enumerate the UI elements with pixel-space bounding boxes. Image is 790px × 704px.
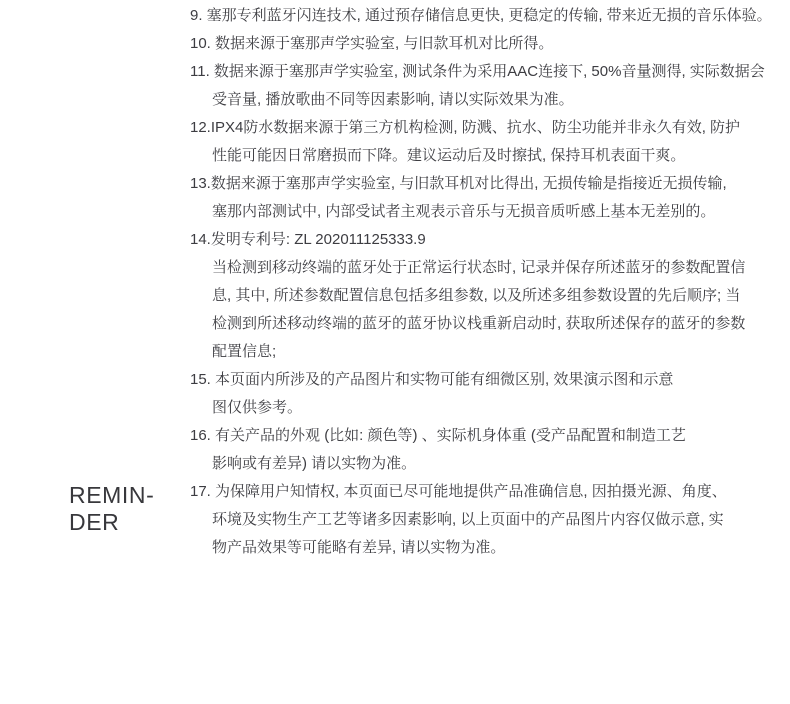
disclaimer-line: 14.发明专利号: ZL 202011125333.9 (190, 226, 775, 254)
disclaimer-line: 影响或有差异) 请以实物为准。 (190, 450, 775, 478)
disclaimer-line: 11. 数据来源于塞那声学实验室, 测试条件为采用AAC连接下, 50%音量测得… (190, 58, 775, 86)
disclaimer-line: 17. 为保障用户知情权, 本页面已尽可能地提供产品准确信息, 因拍摄光源、角度… (190, 478, 775, 506)
disclaimer-line: 图仅供参考。 (190, 394, 775, 422)
disclaimer-notes: 9. 塞那专利蓝牙闪连技术, 通过预存储信息更快, 更稳定的传输, 带来近无损的… (190, 2, 775, 562)
disclaimer-line: 塞那内部测试中, 内部受试者主观表示音乐与无损音质听感上基本无差别的。 (190, 198, 775, 226)
disclaimer-line: 息, 其中, 所述参数配置信息包括多组参数, 以及所述多组参数设置的先后顺序; … (190, 282, 775, 310)
disclaimer-line: 配置信息; (190, 338, 775, 366)
disclaimer-line: 10. 数据来源于塞那声学实验室, 与旧款耳机对比所得。 (190, 30, 775, 58)
disclaimer-line: 受音量, 播放歌曲不同等因素影响, 请以实际效果为准。 (190, 86, 775, 114)
disclaimer-line: 环境及实物生产工艺等诸多因素影响, 以上页面中的产品图片内容仅做示意, 实 (190, 506, 775, 534)
reminder-heading-line2: DER (69, 509, 154, 536)
reminder-heading-line1: REMIN- (69, 482, 154, 509)
disclaimer-line: 12.IPX4防水数据来源于第三方机构检测, 防溅、抗水、防尘功能并非永久有效,… (190, 114, 775, 142)
reminder-heading: REMIN- DER (69, 482, 154, 536)
disclaimer-line: 9. 塞那专利蓝牙闪连技术, 通过预存储信息更快, 更稳定的传输, 带来近无损的… (190, 2, 775, 30)
disclaimer-line: 性能可能因日常磨损而下降。建议运动后及时擦拭, 保持耳机表面干爽。 (190, 142, 775, 170)
disclaimer-line: 物产品效果等可能略有差异, 请以实物为准。 (190, 534, 775, 562)
disclaimer-line: 检测到所述移动终端的蓝牙的蓝牙协议栈重新启动时, 获取所述保存的蓝牙的参数 (190, 310, 775, 338)
disclaimer-line: 当检测到移动终端的蓝牙处于正常运行状态时, 记录并保存所述蓝牙的参数配置信 (190, 254, 775, 282)
disclaimer-line: 16. 有关产品的外观 (比如: 颜色等) 、实际机身体重 (受产品配置和制造工… (190, 422, 775, 450)
disclaimer-line: 13.数据来源于塞那声学实验室, 与旧款耳机对比得出, 无损传输是指接近无损传输… (190, 170, 775, 198)
disclaimer-line: 15. 本页面内所涉及的产品图片和实物可能有细微区别, 效果演示图和示意 (190, 366, 775, 394)
